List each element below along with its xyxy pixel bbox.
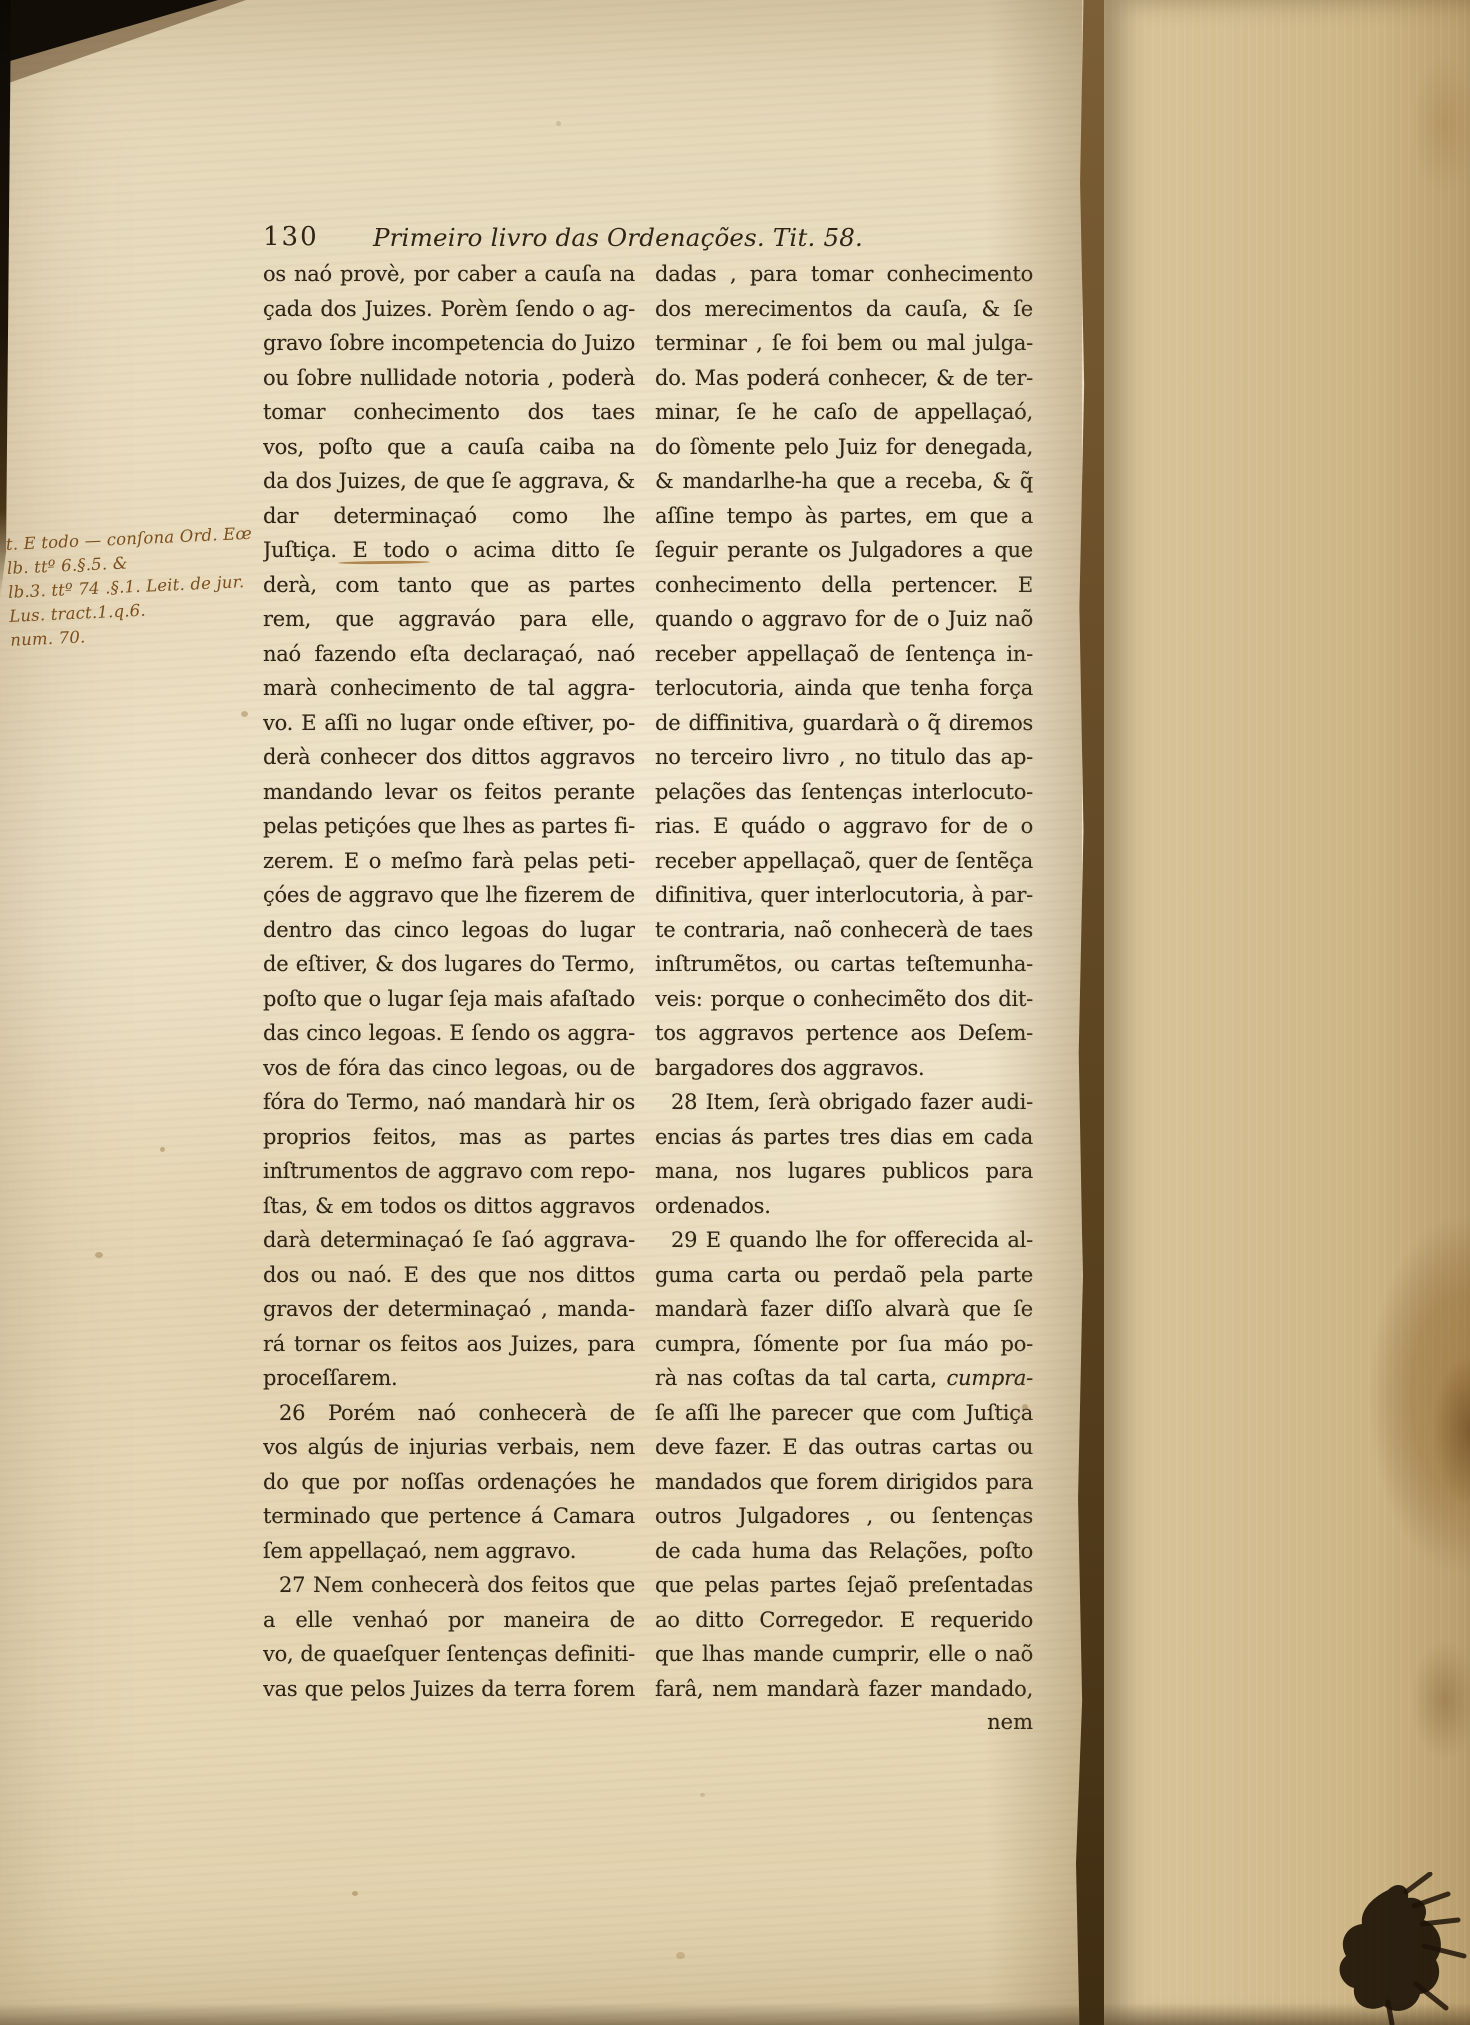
running-title: Primeiro livro das Ordenações. Tit. 58. <box>368 223 868 252</box>
text-line: que lhas mande cumprir, elle o naõ <box>655 1637 1033 1672</box>
text-line: receber appellaçaõ, quer de ſentẽça <box>655 844 1033 879</box>
text-line: proprios feitos, mas as partes tirarâó <box>263 1120 635 1155</box>
text-line: aſſine tempo às partes, em que a vaõ <box>655 499 1033 534</box>
text-line: rà nas coſtas da tal carta, cumpra-ſe, <box>655 1361 1033 1396</box>
margin-note: t. E todo — conſona Ord. Eœ lb. ttº 6.§.… <box>5 521 268 653</box>
text-line: gravos der determinaçaó , manda- <box>263 1292 635 1327</box>
page-scan: 130 Primeiro livro das Ordenações. Tit. … <box>0 0 1470 2025</box>
text-line: vo. E aſſi no lugar onde eſtiver, po- <box>263 706 635 741</box>
text-line: os naó provè, por caber a cauſa na al- <box>263 257 635 292</box>
text-line: inſtrumentos de aggravo com repo- <box>263 1154 635 1189</box>
text-line: pelas petiçóes que lhes as partes fi- <box>263 809 635 844</box>
text-line: dadas , para tomar conhecimento <box>655 257 1033 292</box>
text-line: inſtrumẽtos, ou cartas teſtemunha- <box>655 947 1033 982</box>
text-line: terminado que pertence á Camara <box>263 1499 635 1534</box>
text-line: de cada huma das Relações, poſto <box>655 1534 1033 1569</box>
text-line: das cinco legoas. E ſendo os aggra- <box>263 1016 635 1051</box>
text-line: vos de fóra das cinco legoas, ou de <box>263 1051 635 1086</box>
text-line: vo, de quaeſquer ſentenças definiti- <box>263 1637 635 1672</box>
text-line: mandados que forem dirigidos para <box>655 1465 1033 1500</box>
text-line: da dos Juizes, de que ſe aggrava, & <box>263 464 635 499</box>
text-line: ſem appellaçaó, nem aggravo. <box>263 1534 635 1569</box>
text-line: que pelas partes ſejaõ preſentadas <box>655 1568 1033 1603</box>
text-line: vos algús de injurias verbais, nem <box>263 1430 635 1465</box>
text-line: mana, nos lugares publicos para iſſo <box>655 1154 1033 1189</box>
text-line: 27 Nem conhecerà dos feitos que <box>263 1568 635 1603</box>
text-line: rem, que aggraváo para elle, porque <box>263 602 635 637</box>
text-line: ſe aſſi lhe parecer que com Juſtiça ſe <box>655 1396 1033 1431</box>
text-line: 26 Porém naó conhecerà de aggra- <box>263 1396 635 1431</box>
text-line: quando o aggravo for de o Juiz naõ <box>655 602 1033 637</box>
text-line: çóes de aggravo que lhe fizerem de <box>263 878 635 913</box>
text-line: mandarà fazer diſſo alvarà que ſe <box>655 1292 1033 1327</box>
text-line: minar, ſe he caſo de appellaçaó, quã- <box>655 395 1033 430</box>
text-line: zerem. E o meſmo farà pelas peti- <box>263 844 635 879</box>
text-line: do que por noſſas ordenaçóes he de <box>263 1465 635 1500</box>
text-column-left: os naó provè, por caber a cauſa na al-ça… <box>263 257 635 1706</box>
text-line: veis: porque o conhecimẽto dos dit- <box>655 982 1033 1017</box>
text-line: vas que pelos Juizes da terra forem <box>263 1672 635 1707</box>
text-line: ſeguir perante os Julgadores a que o <box>655 533 1033 568</box>
text-column-right: dadas , para tomar conhecimentodos merec… <box>655 257 1033 1706</box>
text-line: bargadores dos aggravos. <box>655 1051 1033 1086</box>
page-number: 130 <box>263 222 319 252</box>
text-line: 28 Item, ſerà obrigado fazer audi- <box>655 1085 1033 1120</box>
text-line: do. Mas poderá conhecer, & de ter- <box>655 361 1033 396</box>
text-line: darà determinaçaó ſe ſaó aggrava- <box>263 1223 635 1258</box>
text-line: do ſòmente pelo Juiz for denegada, <box>655 430 1033 465</box>
text-line: tos aggravos pertence aos Deſem- <box>655 1016 1033 1051</box>
text-line: fóra do Termo, naó mandarà hir os <box>263 1085 635 1120</box>
text-line: te contraria, naõ conhecerà de taes <box>655 913 1033 948</box>
text-line: de eſtiver, & dos lugares do Termo, <box>263 947 635 982</box>
ink-blot-shape <box>1318 1872 1470 2025</box>
text-line: proceſſarem. <box>263 1361 635 1396</box>
text-line: dos ou naó. E des que nos dittos ag- <box>263 1258 635 1293</box>
fox-spot <box>95 1252 103 1258</box>
text-line: mandando levar os feitos perante ſi, <box>263 775 635 810</box>
text-line: ordenados. <box>655 1189 1033 1224</box>
text-line: çada dos Juizes. Porèm ſendo o ag- <box>263 292 635 327</box>
text-line: vos, poſto que a cauſa caiba na alça- <box>263 430 635 465</box>
catchword: nem <box>655 1705 1033 1740</box>
gutter-shadow <box>986 0 1082 2025</box>
text-line: 29 E quando lhe for offerecida al- <box>655 1223 1033 1258</box>
text-line: terminar , ſe foi bem ou mal julga- <box>655 326 1033 361</box>
text-line: guma carta ou perdaõ pela parte naõ <box>655 1258 1033 1293</box>
text-line: terlocutoria, ainda que tenha força <box>655 671 1033 706</box>
text-line: ao ditto Corregedor. E requerido <box>655 1603 1033 1638</box>
text-line: dos merecimentos da cauſa, & ſe de- <box>655 292 1033 327</box>
underlying-page <box>1104 0 1470 2025</box>
text-line: a elle venhaó por maneira de aggra- <box>263 1603 635 1638</box>
text-line: deve fazer. E das outras cartas ou <box>655 1430 1033 1465</box>
text-line: & mandarlhe-ha que a receba, & q̃ <box>655 464 1033 499</box>
fox-spot <box>241 711 248 717</box>
text-line: derà, com tanto que as partes decla- <box>263 568 635 603</box>
text-line: pelações das ſentenças interlocuto- <box>655 775 1033 810</box>
text-line: gravo ſobre incompetencia do Juizo <box>263 326 635 361</box>
fox-spot <box>556 121 561 126</box>
text-line: difinitiva, quer interlocutoria, à par- <box>655 878 1033 913</box>
text-line: farâ, nem mandarà fazer mandado, <box>655 1672 1033 1707</box>
text-line: outros Julgadores , ou ſentenças <box>655 1499 1033 1534</box>
fox-spot <box>700 1793 705 1797</box>
ink-blot <box>1318 1872 1470 2025</box>
text-line: no terceiro livro , no titulo das ap- <box>655 740 1033 775</box>
text-line: conhecimento della pertencer. E <box>655 568 1033 603</box>
text-line: ſtas, & em todos os dittos aggravos <box>263 1189 635 1224</box>
fox-spot <box>160 1147 165 1152</box>
text-line: tomar conhecimento dos taes aggra- <box>263 395 635 430</box>
text-line: derà conhecer dos dittos aggravos <box>263 740 635 775</box>
text-line: dentro das cinco legoas do lugar on- <box>263 913 635 948</box>
text-line: encias ás partes tres dias em cada ſo- <box>655 1120 1033 1155</box>
text-line: dar determinaçaó como lhe parecer <box>263 499 635 534</box>
text-line: rá tornar os feitos aos Juizes, para os <box>263 1327 635 1362</box>
text-line: naó fazendo eſta declaraçaó, naó to- <box>263 637 635 672</box>
text-line: poſto que o lugar ſeja mais afaſtado <box>263 982 635 1017</box>
text-line: Juſtiça. E todo o acima ditto ſe enté- <box>263 533 635 568</box>
fox-spot <box>676 1952 685 1959</box>
text-line: receber appellaçaõ de ſentença in- <box>655 637 1033 672</box>
text-line: ou ſobre nullidade notoria , poderà <box>263 361 635 396</box>
fox-spot <box>1022 1404 1028 1410</box>
fox-spot <box>352 1891 358 1896</box>
text-line: cumpra, ſómente por ſua máo po- <box>655 1327 1033 1362</box>
text-line: rias. E quádo o aggravo for de o Juiz <box>655 809 1033 844</box>
text-line: marà conhecimento de tal aggra- <box>263 671 635 706</box>
text-line: de diffinitiva, guardarà o q̃ diremos <box>655 706 1033 741</box>
bottom-edge-shadow <box>0 2003 1470 2025</box>
